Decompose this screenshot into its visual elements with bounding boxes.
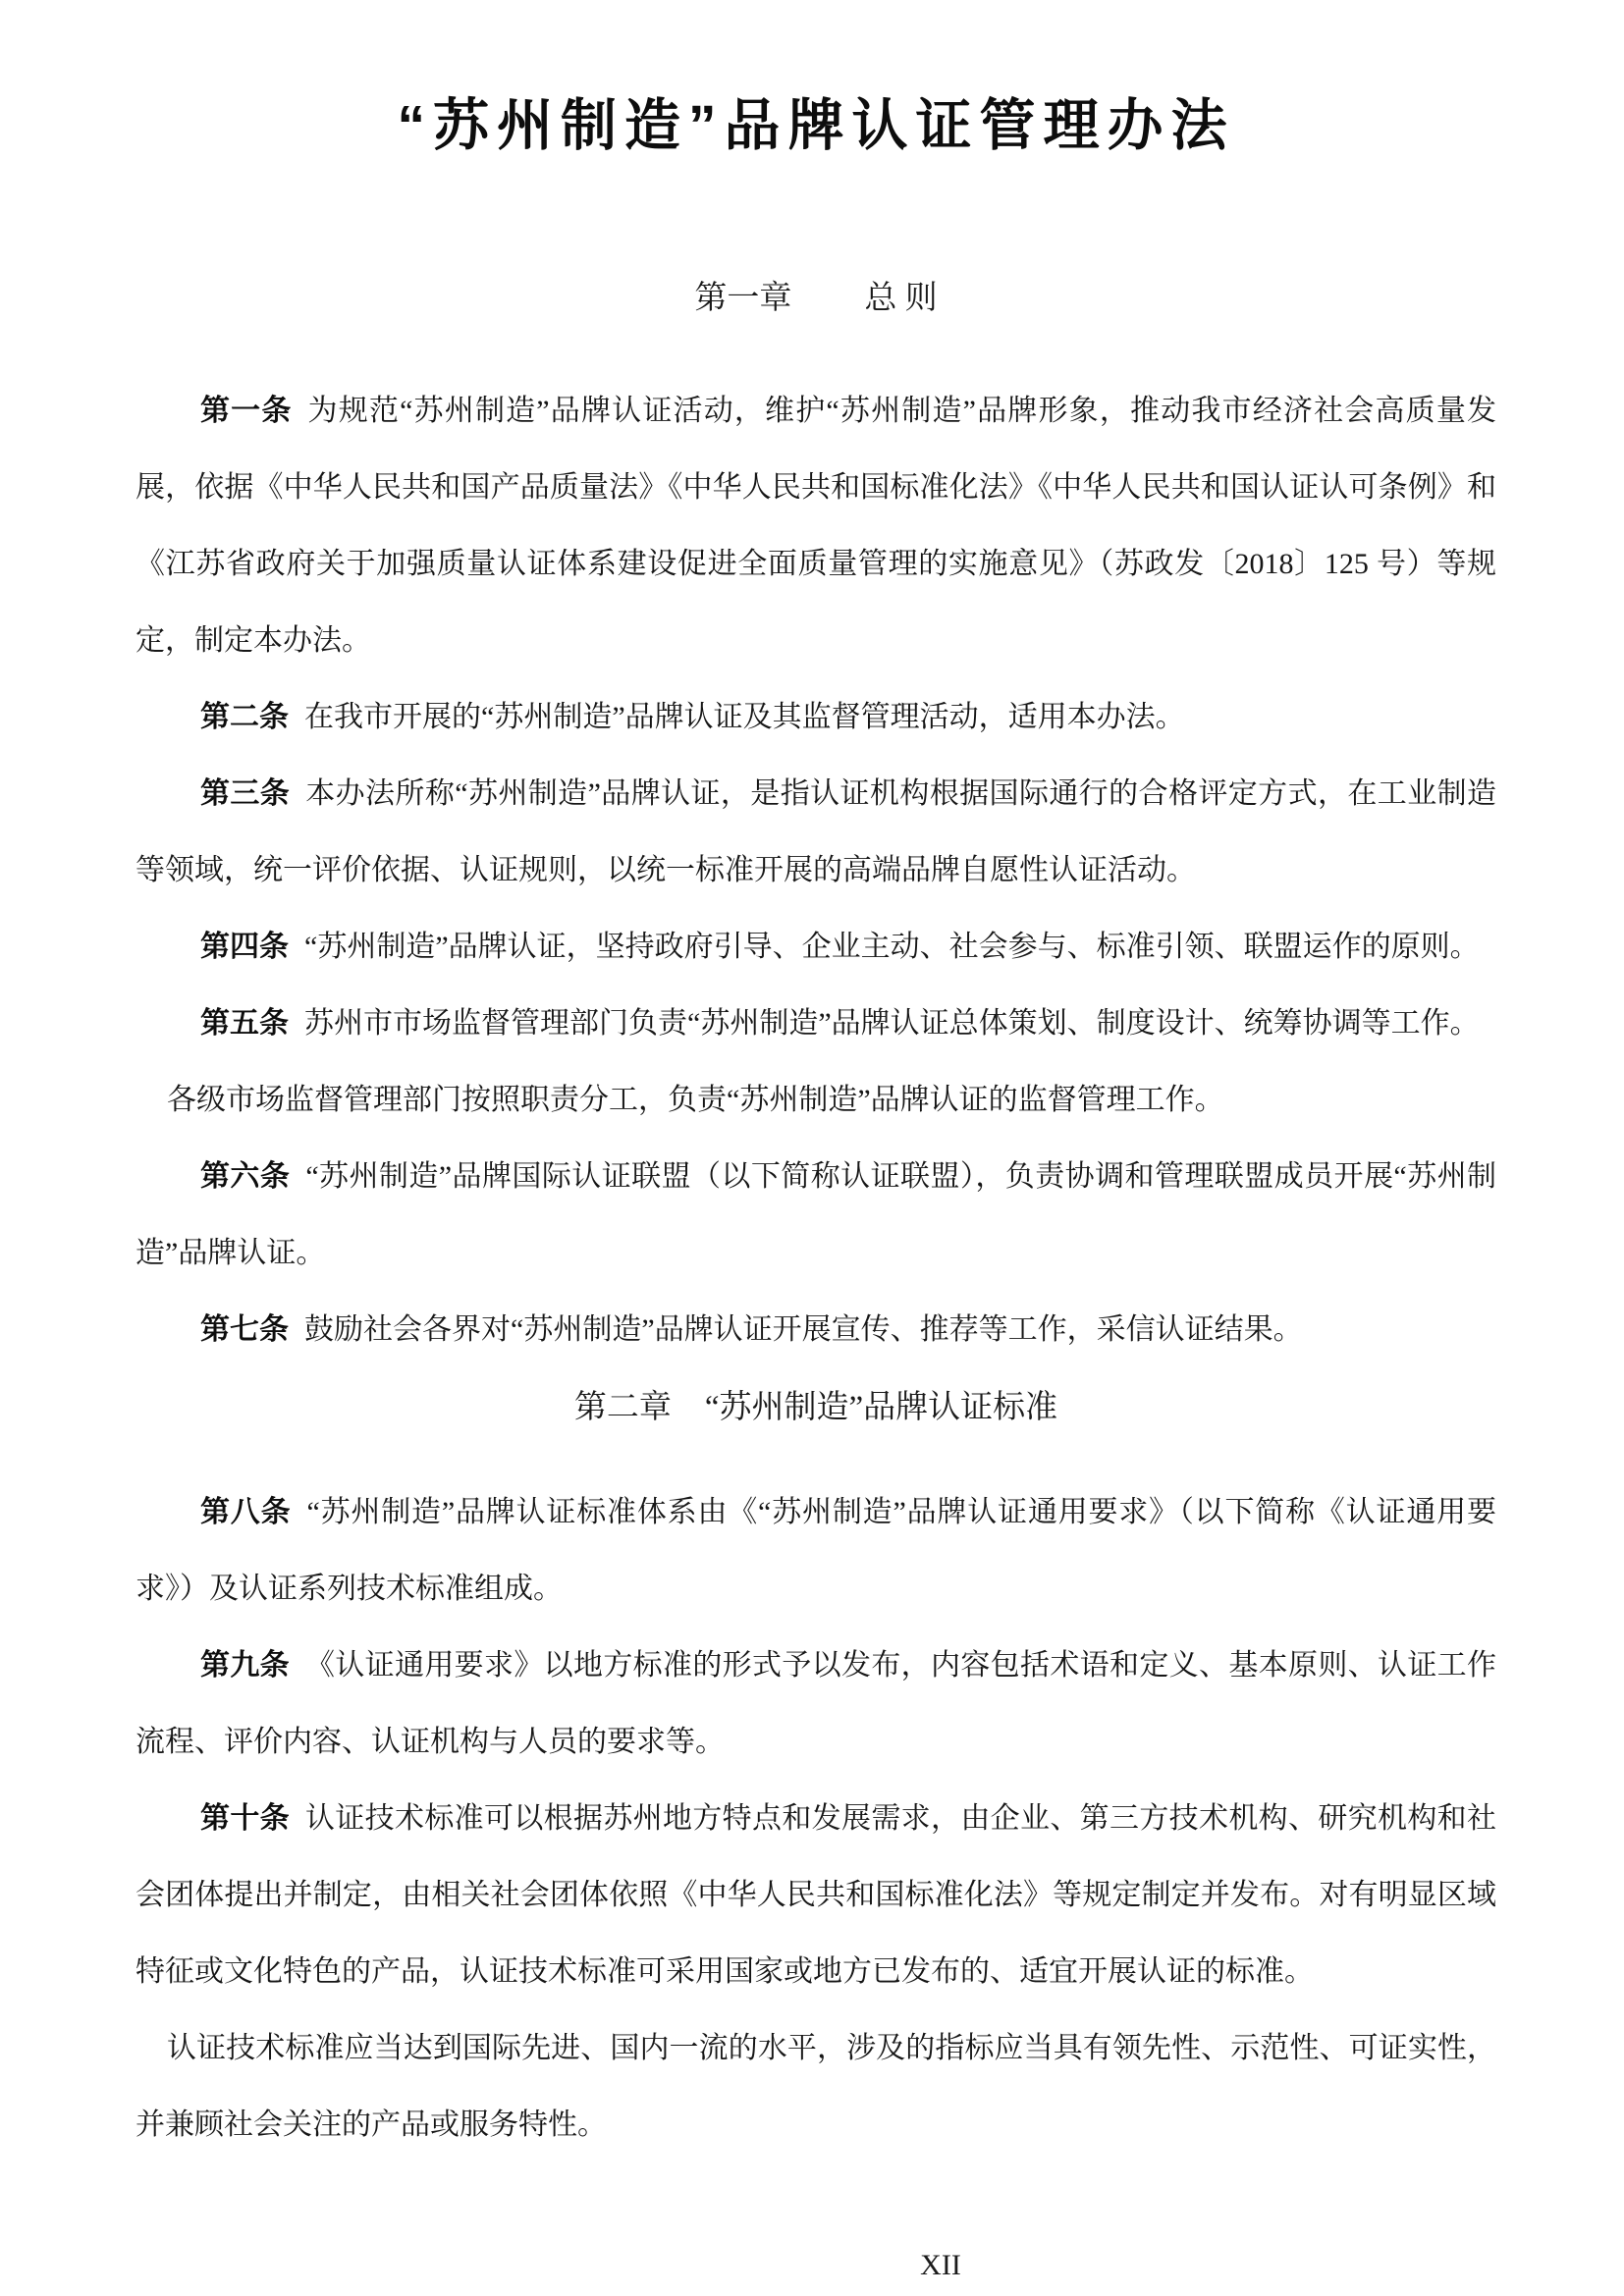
article-9-label: 第九条: [200, 1649, 290, 1682]
article-1-text: 为规范“苏州制造”品牌认证活动，维护“苏州制造”品牌形象，推动我市经济社会高质量…: [135, 395, 1496, 657]
document-title: “苏州制造”品牌认证管理办法: [135, 94, 1496, 157]
article-5-continuation-text: 各级市场监督管理部门按照职责分工，负责“苏州制造”品牌认证的监督管理工作。: [167, 1084, 1224, 1116]
article-4: 第四条“苏州制造”品牌认证，坚持政府引导、企业主动、社会参与、标准引领、联盟运作…: [135, 909, 1496, 986]
article-10-label: 第十条: [200, 1802, 290, 1835]
article-4-text: “苏州制造”品牌认证，坚持政府引导、企业主动、社会参与、标准引领、联盟运作的原则…: [304, 931, 1480, 963]
chapter-1-heading: 第一章总 则: [135, 281, 1496, 316]
article-6: 第六条“苏州制造”品牌国际认证联盟（以下简称认证联盟），负责协调和管理联盟成员开…: [135, 1139, 1496, 1292]
article-10: 第十条认证技术标准可以根据苏州地方特点和发展需求，由企业、第三方技术机构、研究机…: [135, 1781, 1496, 2010]
chapter-2-number: 第二章: [574, 1390, 672, 1425]
document-page: “苏州制造”品牌认证管理办法 第一章总 则 第一条为规范“苏州制造”品牌认证活动…: [0, 0, 1624, 2296]
article-7-text: 鼓励社会各界对“苏州制造”品牌认证开展宣传、推荐等工作，采信认证结果。: [304, 1313, 1303, 1346]
article-7-label: 第七条: [200, 1313, 289, 1346]
article-1-label: 第一条: [200, 395, 293, 427]
chapter-2-heading: 第二章“苏州制造”品牌认证标准: [135, 1390, 1496, 1425]
article-8-text: “苏州制造”品牌认证标准体系由《“苏州制造”品牌认证通用要求》（以下简称《认证通…: [135, 1496, 1496, 1605]
chapter-1-number: 第一章: [694, 281, 791, 316]
article-3-text: 本办法所称“苏州制造”品牌认证，是指认证机构根据国际通行的合格评定方式，在工业制…: [135, 777, 1496, 886]
article-3: 第三条本办法所称“苏州制造”品牌认证，是指认证机构根据国际通行的合格评定方式，在…: [135, 756, 1496, 909]
article-5: 第五条苏州市市场监督管理部门负责“苏州制造”品牌认证总体策划、制度设计、统筹协调…: [135, 986, 1496, 1062]
article-8: 第八条“苏州制造”品牌认证标准体系由《“苏州制造”品牌认证通用要求》（以下简称《…: [135, 1474, 1496, 1628]
article-7: 第七条鼓励社会各界对“苏州制造”品牌认证开展宣传、推荐等工作，采信认证结果。: [135, 1292, 1496, 1368]
article-10-continuation: 认证技术标准应当达到国际先进、国内一流的水平，涉及的指标应当具有领先性、示范性、…: [135, 2010, 1496, 2163]
article-3-label: 第三条: [200, 777, 290, 810]
article-9: 第九条《认证通用要求》以地方标准的形式予以发布，内容包括术语和定义、基本原则、认…: [135, 1628, 1496, 1781]
article-4-label: 第四条: [200, 931, 289, 963]
article-6-label: 第六条: [200, 1160, 290, 1193]
chapter-1-title: 总 则: [864, 281, 937, 316]
article-10-text: 认证技术标准可以根据苏州地方特点和发展需求，由企业、第三方技术机构、研究机构和社…: [135, 1802, 1496, 1988]
article-10-continuation-text: 认证技术标准应当达到国际先进、国内一流的水平，涉及的指标应当具有领先性、示范性、…: [135, 2032, 1496, 2141]
article-2-label: 第二条: [200, 701, 289, 733]
page-number: XII: [129, 2249, 1624, 2282]
article-5-continuation: 各级市场监督管理部门按照职责分工，负责“苏州制造”品牌认证的监督管理工作。: [135, 1062, 1496, 1139]
article-1: 第一条为规范“苏州制造”品牌认证活动，维护“苏州制造”品牌形象，推动我市经济社会…: [135, 373, 1496, 679]
article-9-text: 《认证通用要求》以地方标准的形式予以发布，内容包括术语和定义、基本原则、认证工作…: [135, 1649, 1496, 1758]
article-2-text: 在我市开展的“苏州制造”品牌认证及其监督管理活动，适用本办法。: [304, 701, 1185, 733]
chapter-2-title: “苏州制造”品牌认证标准: [705, 1390, 1057, 1425]
article-5-text: 苏州市市场监督管理部门负责“苏州制造”品牌认证总体策划、制度设计、统筹协调等工作…: [304, 1007, 1480, 1040]
article-5-label: 第五条: [200, 1007, 289, 1040]
article-2: 第二条在我市开展的“苏州制造”品牌认证及其监督管理活动，适用本办法。: [135, 679, 1496, 756]
article-8-label: 第八条: [200, 1496, 291, 1528]
article-6-text: “苏州制造”品牌国际认证联盟（以下简称认证联盟），负责协调和管理联盟成员开展“苏…: [135, 1160, 1496, 1269]
